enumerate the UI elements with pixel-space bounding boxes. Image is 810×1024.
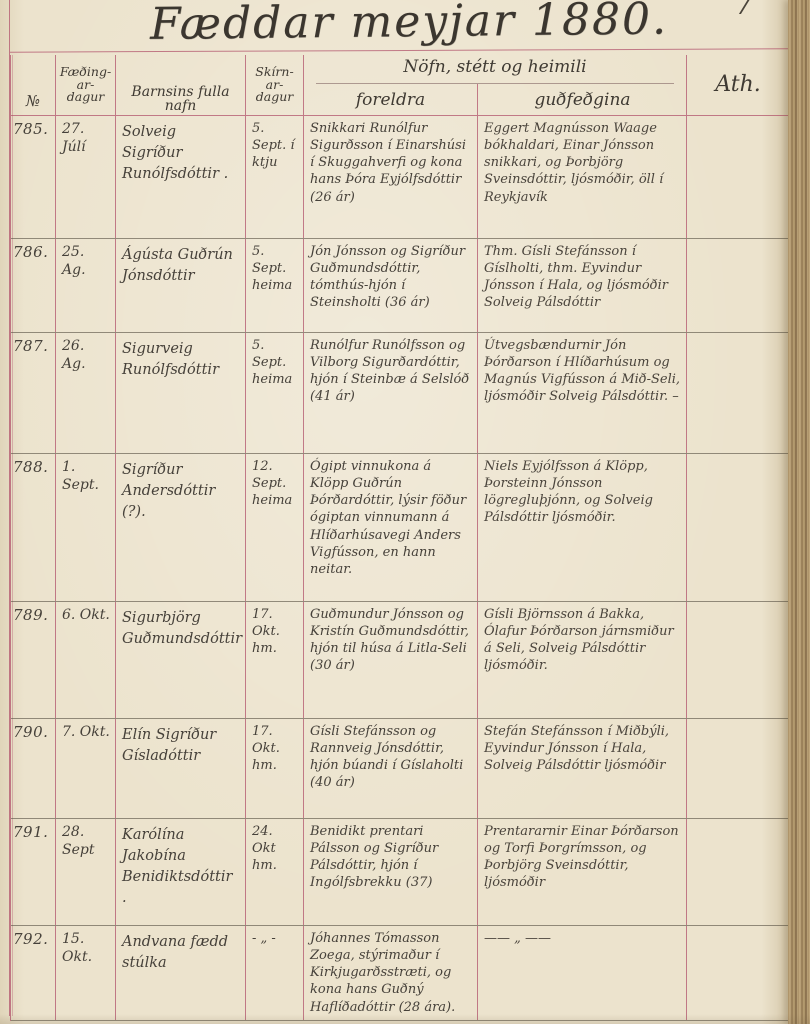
cell-child-name: Elín Sigríður Gísladóttir: [116, 719, 246, 818]
cell-parents: Runólfur Runólfsson og Vilborg Sigurðard…: [304, 333, 478, 453]
cell-parents: Jóhannes Tómasson Zoega, stýrimaður í Ki…: [304, 926, 478, 1020]
cell-parents: Guðmundur Jónsson og Kristín Guðmundsdót…: [304, 602, 478, 718]
cell-child-name: Sigríður Andersdóttir (?).: [116, 454, 246, 601]
cell-nr: 791.: [11, 819, 56, 925]
cell-baptism-date: 5. Sept. heima: [246, 333, 304, 453]
cell-godparents: Eggert Magnússon Waage bókhaldari, Einar…: [478, 116, 687, 238]
register-page: Fæddar meyjar 1880. 7 № Fæðing- ar- dagu…: [0, 0, 810, 1024]
cell-remarks: [687, 819, 789, 925]
book-binding-edge: [788, 0, 810, 1024]
cell-godparents: Thm. Gísli Stefánsson í Gíslholti, thm. …: [478, 239, 687, 332]
title-zone: Fæddar meyjar 1880. 7: [0, 0, 788, 50]
table-header-row: № Fæðing- ar- dagur Barnsins fulla nafn …: [11, 55, 789, 116]
col-header-baptism-date: Skírn- ar- dagur: [246, 55, 304, 115]
cell-remarks: [687, 239, 789, 332]
col-header-godparents: guðfeðgina: [478, 84, 687, 115]
cell-birth-date: 1. Sept.: [56, 454, 116, 601]
cell-nr: 792.: [11, 926, 56, 1020]
parents-group-subheaders: foreldra guðfeðgina: [304, 84, 686, 115]
cell-birth-date: 27. Júlí: [56, 116, 116, 238]
table-row: 792. 15. Okt. Andvana fædd stúlka - „ - …: [11, 926, 789, 1021]
cell-nr: 785.: [11, 116, 56, 238]
cell-baptism-date: 5. Sept. í ktju: [246, 116, 304, 238]
table-row: 789. 6. Okt. Sigurbjörg Guðmundsdóttir 1…: [11, 602, 789, 719]
cell-birth-date: 7. Okt.: [56, 719, 116, 818]
page-title: Fæddar meyjar 1880.: [150, 0, 711, 50]
cell-child-name: Ágústa Guðrún Jónsdóttir: [116, 239, 246, 332]
cell-remarks: [687, 602, 789, 718]
table-row: 788. 1. Sept. Sigríður Andersdóttir (?).…: [11, 454, 789, 602]
cell-remarks: [687, 454, 789, 601]
cell-nr: 786.: [11, 239, 56, 332]
cell-parents: Snikkari Runólfur Sigurðsson í Einarshús…: [304, 116, 478, 238]
col-header-parents: foreldra: [304, 84, 478, 115]
cell-baptism-date: 17. Okt. hm.: [246, 602, 304, 718]
cell-baptism-date: 24. Okt hm.: [246, 819, 304, 925]
cell-baptism-date: 17. Okt. hm.: [246, 719, 304, 818]
cell-birth-date: 6. Okt.: [56, 602, 116, 718]
cell-godparents: Útvegsbændurnir Jón Þórðarson í Hlíðarhú…: [478, 333, 687, 453]
cell-birth-date: 28. Sept: [56, 819, 116, 925]
cell-child-name: Sigurveig Runólfsdóttir: [116, 333, 246, 453]
cell-remarks: [687, 116, 789, 238]
page-number: 7: [735, 0, 753, 21]
col-header-child-name: Barnsins fulla nafn: [116, 55, 246, 115]
cell-baptism-date: 5. Sept. heima: [246, 239, 304, 332]
cell-baptism-date: - „ -: [246, 926, 304, 1020]
cell-remarks: [687, 926, 789, 1020]
cell-godparents: Stefán Stefánsson í Miðbýli, Eyvindur Jó…: [478, 719, 687, 818]
cell-godparents: —— „ ——: [478, 926, 687, 1020]
cell-parents: Gísli Stefánsson og Rannveig Jónsdóttir,…: [304, 719, 478, 818]
cell-child-name: Andvana fædd stúlka: [116, 926, 246, 1020]
cell-child-name: Sigurbjörg Guðmundsdóttir: [116, 602, 246, 718]
cell-nr: 787.: [11, 333, 56, 453]
cell-birth-date: 25. Ag.: [56, 239, 116, 332]
cell-nr: 790.: [11, 719, 56, 818]
cell-baptism-date: 12. Sept. heima: [246, 454, 304, 601]
table-row: 785. 27. Júlí Solveig Sigríður Runólfsdó…: [11, 116, 789, 239]
cell-godparents: Niels Eyjólfsson á Klöpp, Þorsteinn Jóns…: [478, 454, 687, 601]
cell-birth-date: 26. Ag.: [56, 333, 116, 453]
table-row: 786. 25. Ag. Ágústa Guðrún Jónsdóttir 5.…: [11, 239, 789, 333]
col-header-nr: №: [11, 55, 56, 115]
cell-child-name: Solveig Sigríður Runólfsdóttir .: [116, 116, 246, 238]
cell-child-name: Karólína Jakobína Benidiktsdóttir .: [116, 819, 246, 925]
col-header-parents-group: Nöfn, stétt og heimili foreldra guðfeðgi…: [304, 55, 687, 115]
cell-remarks: [687, 333, 789, 453]
cell-nr: 789.: [11, 602, 56, 718]
cell-birth-date: 15. Okt.: [56, 926, 116, 1020]
col-header-remarks: Ath.: [687, 55, 789, 115]
cell-parents: Jón Jónsson og Sigríður Guðmundsdóttir, …: [304, 239, 478, 332]
col-header-birth-date: Fæðing- ar- dagur: [56, 55, 116, 115]
register-table: № Fæðing- ar- dagur Barnsins fulla nafn …: [10, 55, 790, 1021]
cell-parents: Ógipt vinnukona á Klöpp Guðrún Þórðardót…: [304, 454, 478, 601]
table-row: 791. 28. Sept Karólína Jakobína Benidikt…: [11, 819, 789, 926]
parents-group-title: Nöfn, stétt og heimili: [316, 55, 674, 84]
cell-godparents: Gísli Björnsson á Bakka, Ólafur Þórðarso…: [478, 602, 687, 718]
cell-parents: Benidikt prentari Pálsson og Sigríður Pá…: [304, 819, 478, 925]
cell-nr: 788.: [11, 454, 56, 601]
cell-remarks: [687, 719, 789, 818]
table-row: 787. 26. Ag. Sigurveig Runólfsdóttir 5. …: [11, 333, 789, 454]
table-row: 790. 7. Okt. Elín Sigríður Gísladóttir 1…: [11, 719, 789, 819]
cell-godparents: Prentararnir Einar Þórðarson og Torfi Þo…: [478, 819, 687, 925]
